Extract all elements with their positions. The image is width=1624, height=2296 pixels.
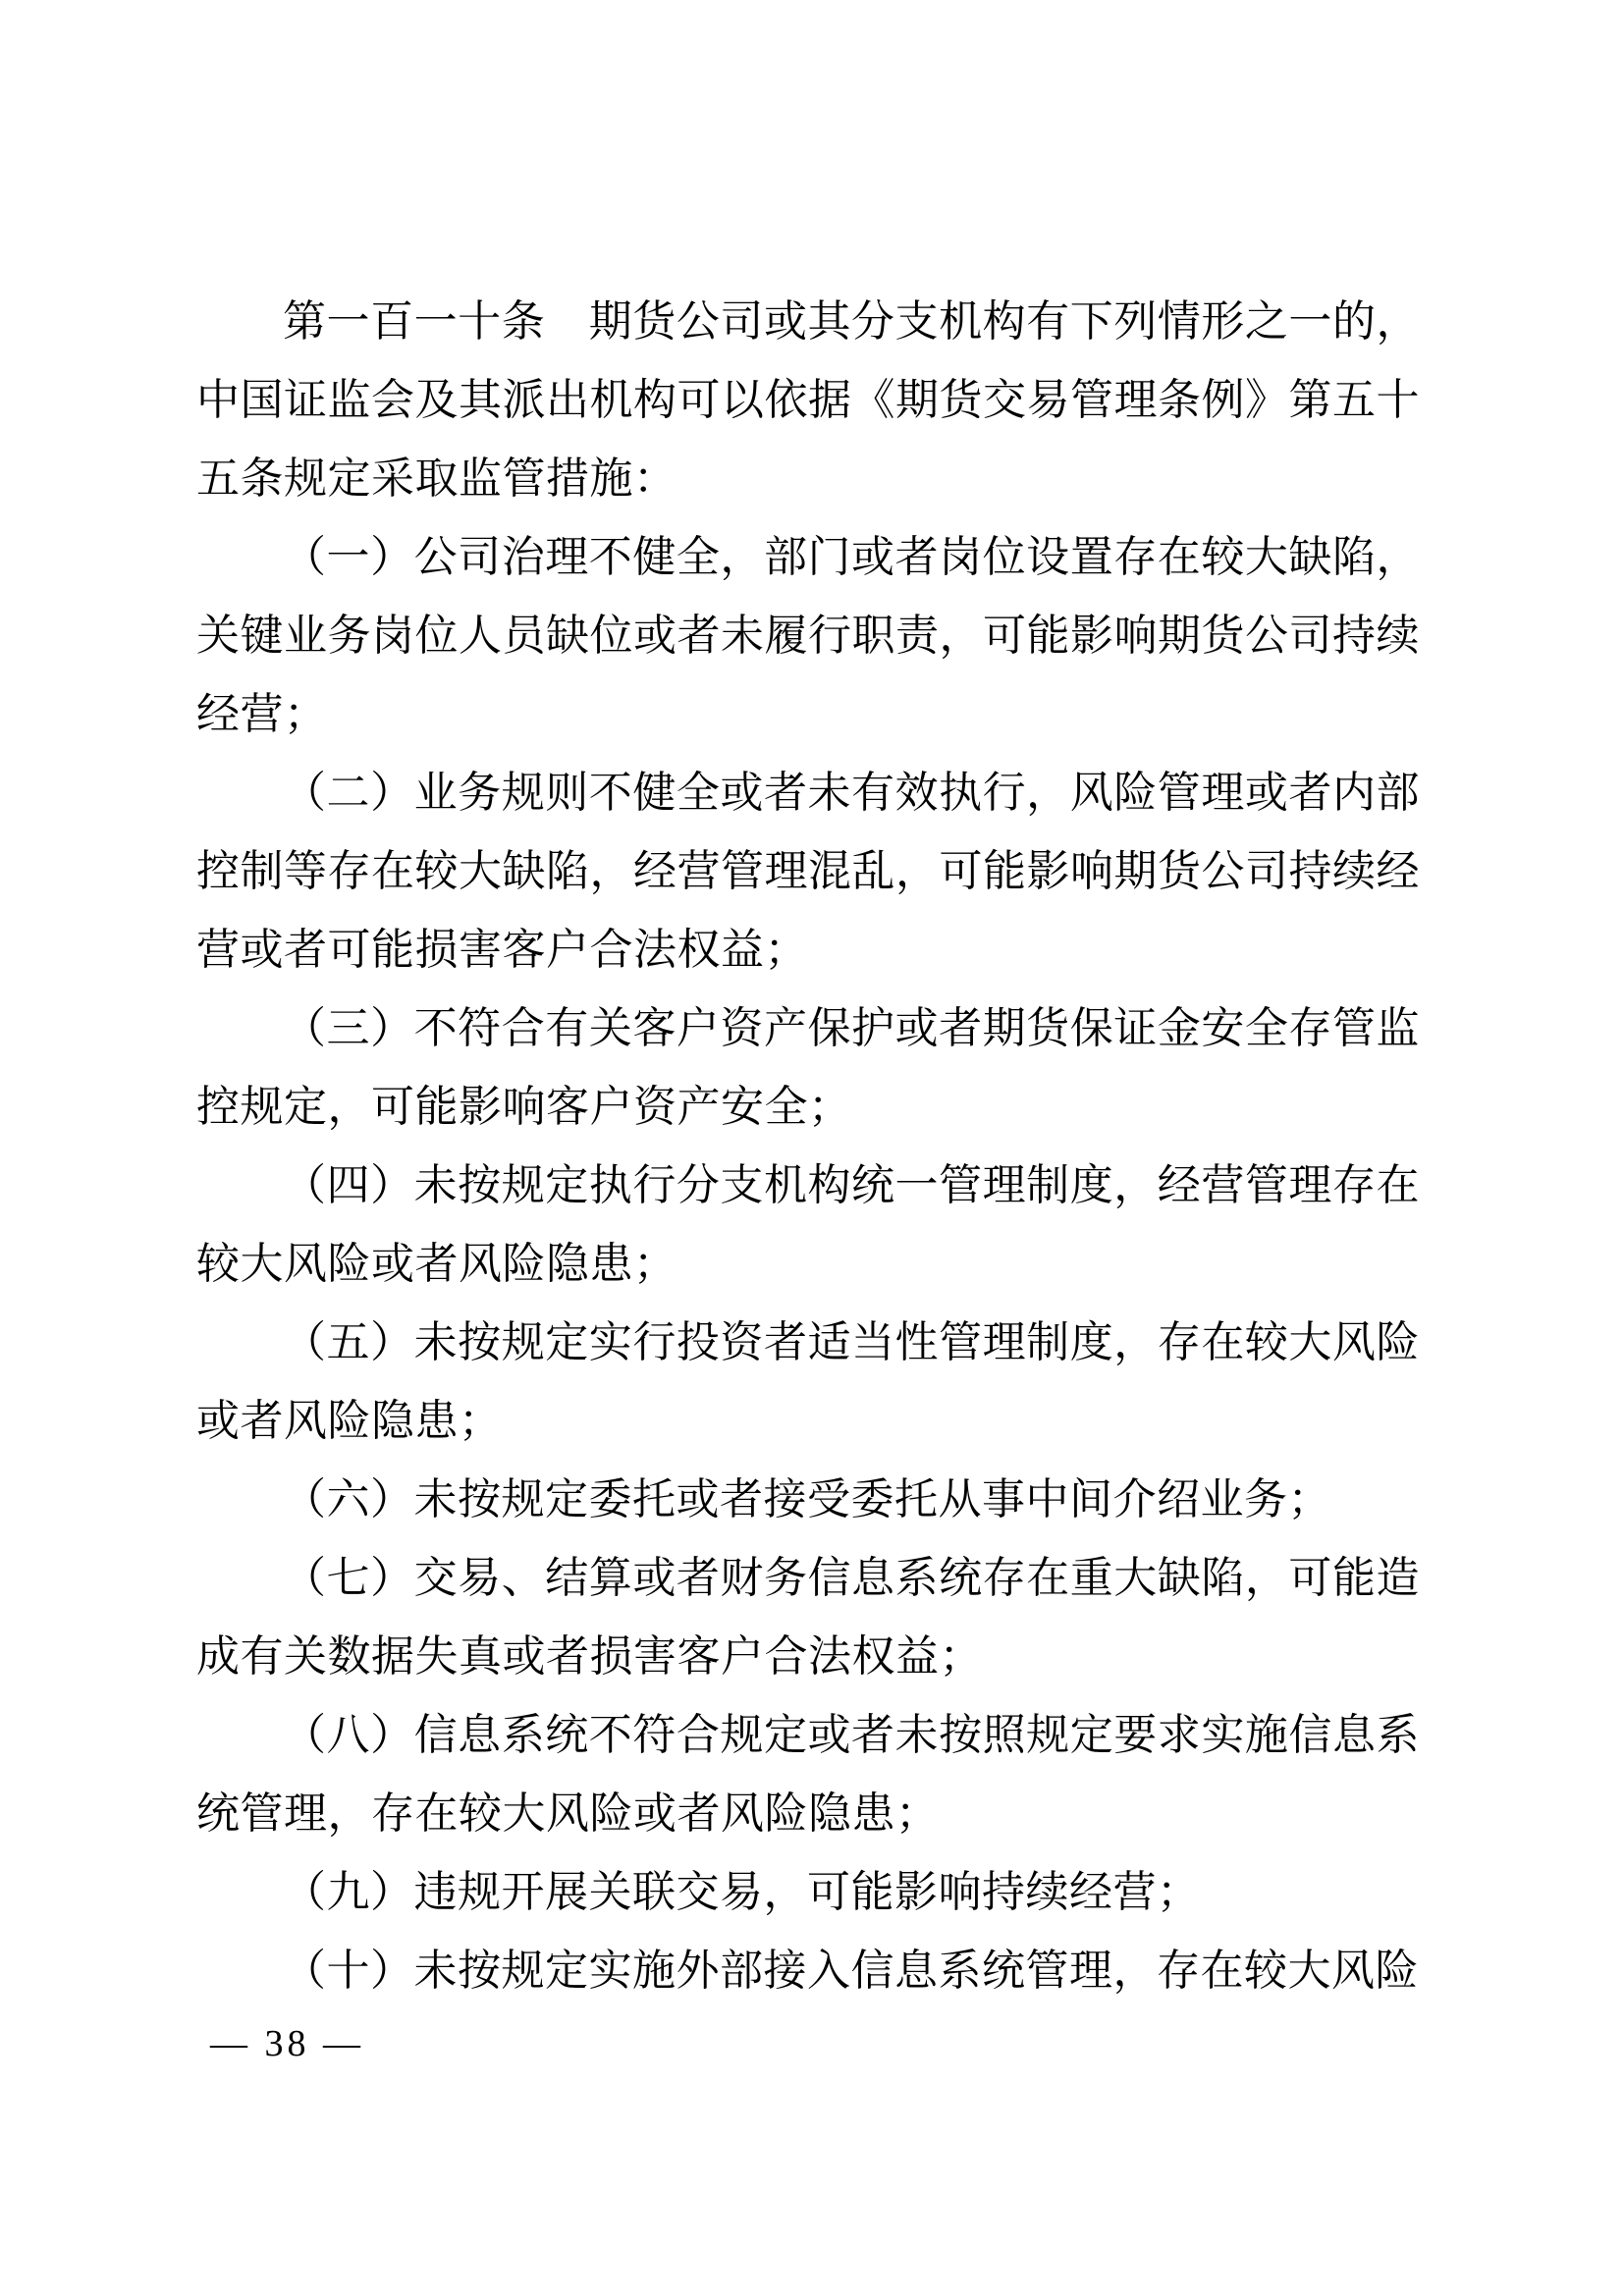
paragraph-item-7: （七）交易、结算或者财务信息系统存在重大缺陷，可能造成有关数据失真或者损害客户合… bbox=[196, 1539, 1420, 1696]
document-body: 第一百一十条 期货公司或其分支机构有下列情形之一的，中国证监会及其派出机构可以依… bbox=[196, 283, 1420, 2010]
paragraph-item-1: （一）公司治理不健全，部门或者岗位设置存在较大缺陷，关键业务岗位人员缺位或者未履… bbox=[196, 518, 1420, 754]
paragraph-item-5: （五）未按规定实行投资者适当性管理制度，存在较大风险或者风险隐患； bbox=[196, 1304, 1420, 1461]
paragraph-item-4: （四）未按规定执行分支机构统一管理制度，经营管理存在较大风险或者风险隐患； bbox=[196, 1147, 1420, 1304]
document-page: 第一百一十条 期货公司或其分支机构有下列情形之一的，中国证监会及其派出机构可以依… bbox=[0, 0, 1624, 2296]
page-number: — 38 — bbox=[210, 2020, 364, 2067]
paragraph-item-8: （八）信息系统不符合规定或者未按照规定要求实施信息系统管理，存在较大风险或者风险… bbox=[196, 1696, 1420, 1853]
paragraph-item-6: （六）未按规定委托或者接受委托从事中间介绍业务； bbox=[196, 1461, 1420, 1539]
paragraph-item-3: （三）不符合有关客户资产保护或者期货保证金安全存管监控规定，可能影响客户资产安全… bbox=[196, 989, 1420, 1147]
paragraph-article-110-intro: 第一百一十条 期货公司或其分支机构有下列情形之一的，中国证监会及其派出机构可以依… bbox=[196, 283, 1420, 518]
paragraph-item-10: （十）未按规定实施外部接入信息系统管理，存在较大风险 bbox=[196, 1932, 1420, 2010]
paragraph-item-9: （九）违规开展关联交易，可能影响持续经营； bbox=[196, 1853, 1420, 1932]
paragraph-item-2: （二）业务规则不健全或者未有效执行，风险管理或者内部控制等存在较大缺陷，经营管理… bbox=[196, 754, 1420, 989]
